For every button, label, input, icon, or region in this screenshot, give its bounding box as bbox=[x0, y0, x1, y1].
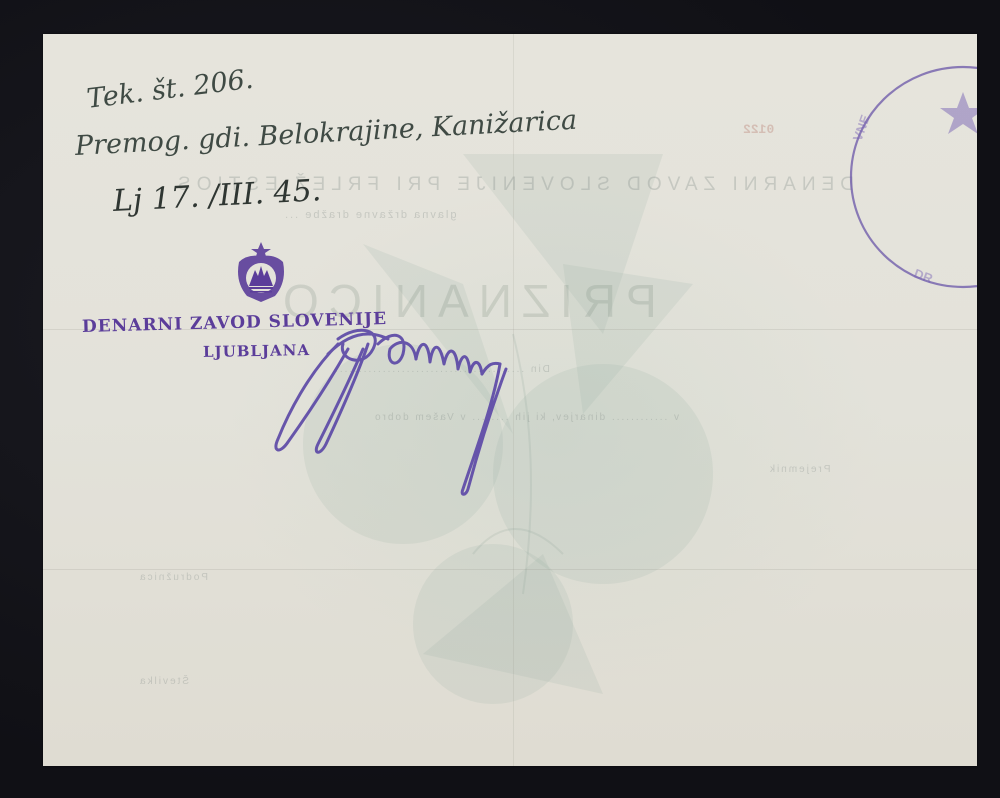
show-through-subtitle: glavna državne dražbe ... bbox=[283, 209, 457, 221]
receipt-paper: DENARNI ZAVOD SLOVENIJE PRI FRLEŽ ESTIOS… bbox=[43, 34, 977, 766]
show-through-line: Številka bbox=[138, 676, 189, 687]
show-through-line: Podružnica bbox=[138, 572, 208, 583]
signature-icon bbox=[268, 314, 548, 504]
fold-line bbox=[43, 569, 977, 570]
handwritten-note-payer: Premog. gdi. Belokrajine, Kanižarica bbox=[74, 105, 578, 162]
perforated-edge bbox=[971, 34, 983, 766]
slovenian-coat-of-arms-icon bbox=[231, 240, 291, 306]
show-through-line: Prejemnik bbox=[768, 464, 830, 475]
round-postal-stamp-icon: VNE DR bbox=[843, 52, 977, 302]
handwritten-note-reference: Tek. št. 206. bbox=[85, 64, 255, 115]
svg-text:VNE: VNE bbox=[850, 112, 873, 143]
show-through-serial: 0122 bbox=[743, 122, 774, 137]
